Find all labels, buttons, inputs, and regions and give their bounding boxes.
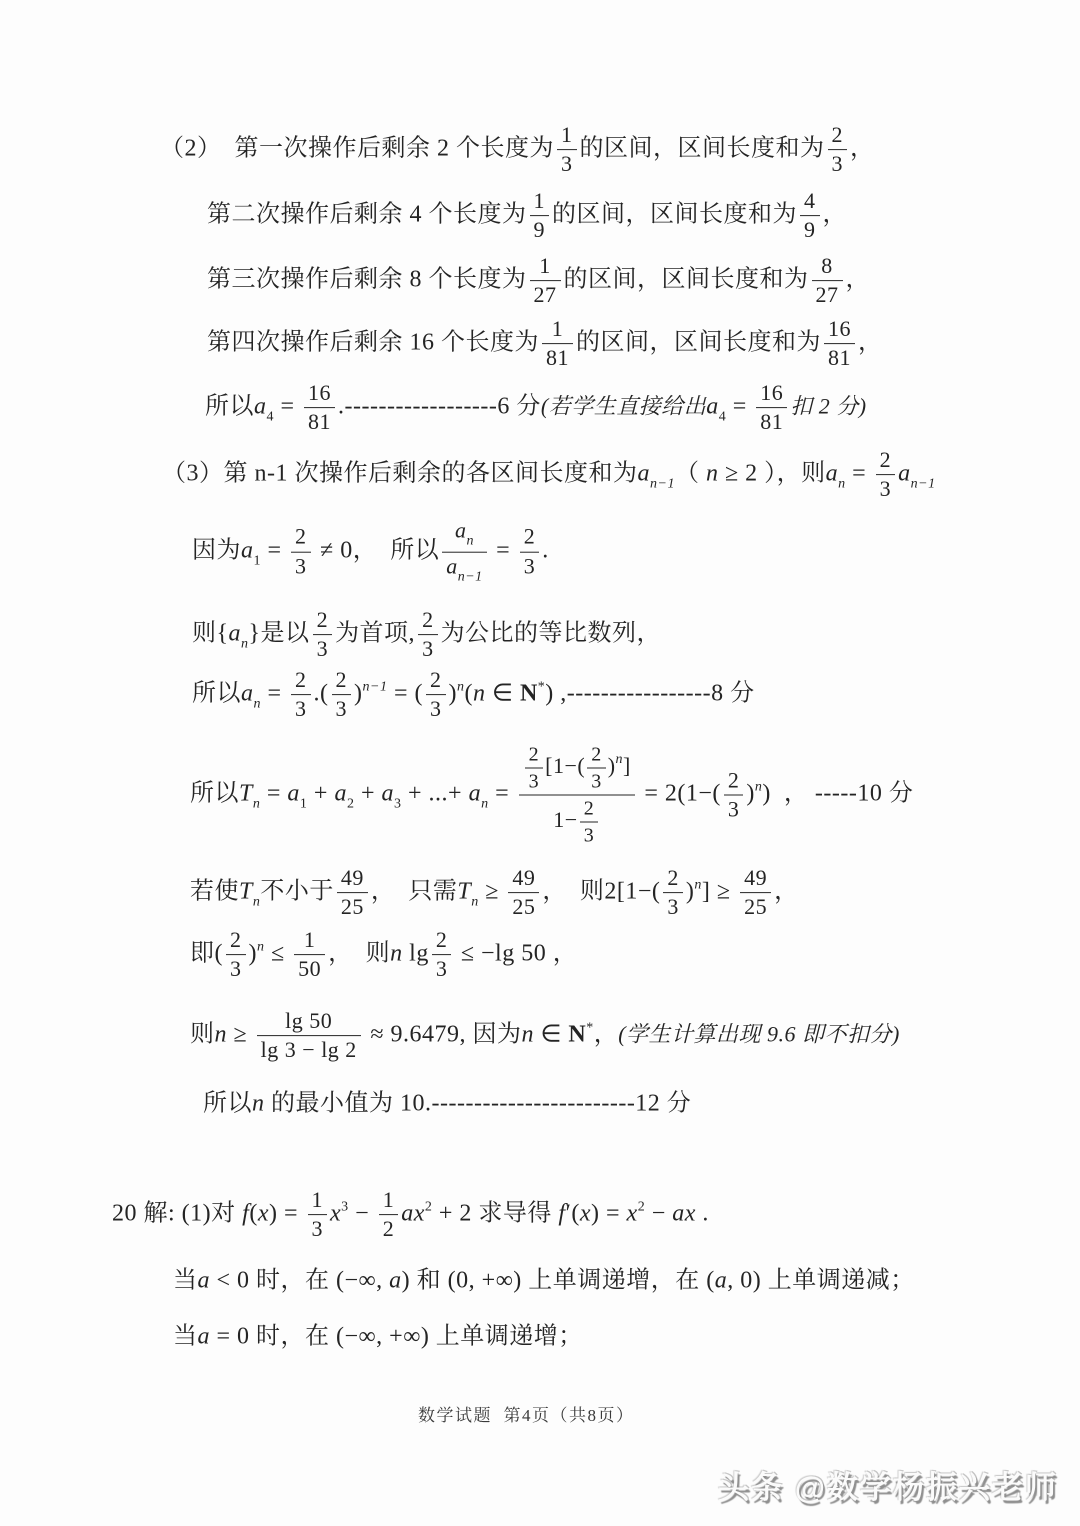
step2-operation4: 第四次操作后剩余 16 个长度为181的区间，区间长度和为1681， xyxy=(207,316,883,372)
fraction: 827 xyxy=(812,253,843,309)
denominator: 9 xyxy=(800,218,820,244)
text-run: 3 xyxy=(832,152,844,177)
fraction-bar xyxy=(812,281,843,282)
text-run: ≤ xyxy=(265,941,292,967)
fraction: 23 xyxy=(876,447,896,503)
text-run: 49 xyxy=(744,865,767,890)
denominator: 25 xyxy=(508,895,539,921)
text-run: < 0 时，在 (−∞, xyxy=(210,1268,389,1294)
step3-geometric-sequence: 则{an}是以23为首项,23为公比的等比数列， xyxy=(192,607,661,663)
text-run: 3 xyxy=(529,771,540,793)
numerator: 1 xyxy=(535,253,555,279)
fraction-bar xyxy=(519,795,635,796)
text-run: n xyxy=(838,477,846,492)
denominator: lg 3 − lg 2 xyxy=(257,1038,361,1064)
text-run: 3 xyxy=(561,152,573,177)
text-run: 3 xyxy=(430,697,442,722)
fraction-bar xyxy=(291,552,311,553)
math-symbol: n xyxy=(521,1022,534,1048)
text-run: 则{ xyxy=(192,621,229,647)
q20-derivative: 20 解: (1)对 f(x) = 13x3 − 12ax2 + 2 求导得 f… xyxy=(112,1187,709,1243)
text-run: ) xyxy=(746,781,755,807)
numerator: 1 xyxy=(530,188,550,214)
text-run: 的区间，区间长度和为 xyxy=(552,202,797,228)
text-run: 81 xyxy=(308,410,331,435)
numerator: 49 xyxy=(508,865,539,891)
fraction-bar xyxy=(740,893,771,894)
text-run: n−1 xyxy=(458,570,483,585)
text-run: [1−( xyxy=(545,753,585,778)
step2-operation1: （2） 第一次操作后剩余 2 个长度为13的区间，区间长度和为23， xyxy=(160,122,875,178)
text-run: 81 xyxy=(828,346,851,371)
text-run: = xyxy=(261,538,288,564)
text-run: + ...+ xyxy=(402,781,469,807)
denominator: 27 xyxy=(530,283,561,309)
text-run: 不小于 xyxy=(260,879,334,905)
text-run: 若使 xyxy=(190,879,239,905)
text-run: ) ,-----------------8 分 xyxy=(545,681,754,707)
fraction: 23 xyxy=(291,667,311,723)
text-run: 1 xyxy=(561,122,573,147)
math-symbol: a xyxy=(446,554,458,579)
fraction: 13 xyxy=(308,1187,328,1243)
text-run: = 2(1−( xyxy=(638,781,721,807)
fraction: 23 xyxy=(432,927,452,983)
math-symbol: a xyxy=(198,1324,211,1350)
text-run: ) ， -----10 分 xyxy=(762,781,913,807)
text-run: 2 xyxy=(430,667,442,692)
fraction-bar xyxy=(876,475,896,476)
text-run: 2 xyxy=(336,667,348,692)
text-run: n xyxy=(241,637,249,652)
text-run: 25 xyxy=(341,895,364,920)
numerator: 2 xyxy=(663,865,683,891)
text-run: = ( xyxy=(388,681,424,707)
fraction: anan−1 xyxy=(442,518,486,587)
fraction: 23 xyxy=(291,524,311,580)
text-run: = xyxy=(260,781,287,807)
text-run: 所以 xyxy=(192,681,241,707)
text-run: − xyxy=(349,1201,376,1227)
denominator: 50 xyxy=(294,957,325,983)
math-symbol: a xyxy=(198,1268,211,1294)
text-run: ， 则 xyxy=(328,941,390,967)
page-footer: 数学试题 第4页（共8页） xyxy=(418,1401,635,1426)
text-run: = xyxy=(846,461,873,487)
text-run: 1 xyxy=(534,188,546,213)
text-run: 3 xyxy=(230,957,242,982)
text-run: 27 xyxy=(534,283,557,308)
text-run: 因为 xyxy=(192,538,241,564)
text-run: ) = xyxy=(591,1201,627,1227)
text-run: = xyxy=(261,681,288,707)
math-symbol: a xyxy=(241,681,254,707)
text-run: 20 解: (1)对 xyxy=(112,1201,242,1227)
text-run: . xyxy=(542,538,549,564)
text-run: 2 xyxy=(383,1217,395,1242)
numerator: 16 xyxy=(756,380,787,406)
denominator: 81 xyxy=(824,346,855,372)
fraction-bar xyxy=(824,344,855,345)
text-run: ′( xyxy=(566,1201,580,1227)
fraction: 4925 xyxy=(740,865,771,921)
math-symbol: N xyxy=(520,681,538,707)
text-run: n xyxy=(694,878,702,893)
text-run: 4 xyxy=(267,410,275,425)
denominator: 3 xyxy=(313,637,333,663)
text-run: 3 xyxy=(312,1217,324,1242)
text-run: ， xyxy=(594,1022,619,1048)
fraction: 4925 xyxy=(337,865,368,921)
denominator: 81 xyxy=(756,410,787,436)
math-symbol: ax xyxy=(401,1201,425,1227)
text-run: 9 xyxy=(804,218,816,243)
fraction-bar xyxy=(520,552,540,553)
text-run: + xyxy=(307,781,334,807)
denominator: 3 xyxy=(580,824,599,848)
text-run: 49 xyxy=(512,865,535,890)
numerator: 49 xyxy=(337,865,368,891)
text-run: 3 xyxy=(591,771,602,793)
text-run: （3）第 n-1 次操作后剩余的各区间长度和为 xyxy=(162,461,638,487)
text-run: 2 xyxy=(422,607,434,632)
text-run: ] ≥ xyxy=(702,879,737,905)
math-symbol: n xyxy=(252,1091,265,1117)
text-run: 1 xyxy=(304,927,316,952)
text-run: = xyxy=(490,538,517,564)
denominator: 3 xyxy=(418,637,438,663)
fraction-bar xyxy=(432,955,452,956)
fraction: 1681 xyxy=(756,380,787,436)
text-run: 2 xyxy=(529,744,540,766)
text-run: 当 xyxy=(173,1324,198,1350)
denominator: 27 xyxy=(812,283,843,309)
fraction: 127 xyxy=(530,253,561,309)
text-run: 为公比的等比数列， xyxy=(441,621,662,647)
text-run: ， xyxy=(850,136,875,162)
text-run: 25 xyxy=(512,895,535,920)
text-run: n xyxy=(616,752,624,767)
text-run: ∈ xyxy=(534,1022,568,1048)
step3-general-term: 所以an = 23.(23)n−1 = (23)n(n ∈ N*) ,-----… xyxy=(192,667,755,723)
math-symbol: a xyxy=(241,538,254,564)
numerator: 2 xyxy=(432,927,452,953)
text-run: ) xyxy=(249,941,258,967)
step3-inequality: 若使Tn不小于4925， 只需Tn ≥ 4925， 则2[1−(23)n] ≥ … xyxy=(190,865,799,921)
text-run: 50 xyxy=(298,957,321,982)
numerator: 2 xyxy=(426,667,446,693)
text-run: 2 xyxy=(295,667,307,692)
fraction: 23 xyxy=(520,524,540,580)
denominator: 3 xyxy=(828,152,848,178)
math-symbol: T xyxy=(239,781,253,807)
text-run: 2 xyxy=(230,927,242,952)
numerator: 2 xyxy=(828,122,848,148)
text-run: n−1 xyxy=(650,477,675,492)
text-run: 第四次操作后剩余 16 个长度为 xyxy=(207,330,539,356)
step3-min-value: 所以n 的最小值为 10.------------------------12 … xyxy=(203,1083,691,1118)
q20-case-a-zero: 当a = 0 时，在 (−∞, +∞) 上单调递增； xyxy=(173,1316,583,1351)
denominator: 2 xyxy=(379,1217,399,1243)
text-run: 81 xyxy=(546,346,569,371)
denominator: 3 xyxy=(308,1217,328,1243)
numerator: 2 xyxy=(724,767,744,793)
denominator: 3 xyxy=(587,770,606,794)
math-symbol: a xyxy=(455,518,467,543)
denominator: 3 xyxy=(426,697,446,723)
fraction: 181 xyxy=(542,316,573,372)
text-run: 16 xyxy=(308,380,331,405)
text-run: 2 xyxy=(524,524,536,549)
math-symbol: n xyxy=(390,941,403,967)
text-run: 16 xyxy=(828,316,851,341)
step2-operation3: 第三次操作后剩余 8 个长度为127的区间，区间长度和为827， xyxy=(207,253,870,309)
text-run: ) 和 (0, +∞) 上单调递增，在 ( xyxy=(402,1268,715,1294)
text-run: ( xyxy=(249,1201,258,1227)
fraction: 23 xyxy=(724,767,744,823)
text-run: 扣 2 分) xyxy=(790,394,866,419)
fraction: 12 xyxy=(379,1187,399,1243)
math-symbol: x xyxy=(627,1201,638,1227)
fraction: 23 xyxy=(828,122,848,178)
denominator: 3 xyxy=(724,797,744,823)
fraction: 150 xyxy=(294,927,325,983)
numerator: 2 xyxy=(226,927,246,953)
text-run: （2） 第一次操作后剩余 2 个长度为 xyxy=(160,136,554,162)
text-run: 则 xyxy=(190,1022,215,1048)
fraction-bar xyxy=(530,281,561,282)
denominator: an−1 xyxy=(442,554,486,587)
text-run: n−1 xyxy=(911,477,936,492)
text-run: ≥ xyxy=(227,1022,254,1048)
fraction-bar xyxy=(587,768,606,769)
text-run: ) xyxy=(354,681,363,707)
fraction-bar xyxy=(724,795,744,796)
denominator: 25 xyxy=(337,895,368,921)
text-run: n xyxy=(481,797,489,812)
text-run: 2 xyxy=(728,767,740,792)
numerator: 1 xyxy=(300,927,320,953)
fraction-bar xyxy=(530,216,550,217)
denominator: 9 xyxy=(530,218,550,244)
fraction-bar xyxy=(525,768,544,769)
numerator: 23[1−(23)n] xyxy=(519,743,635,794)
fraction: 49 xyxy=(800,188,820,244)
text-run: 的最小值为 10.------------------------12 分 xyxy=(265,1091,692,1117)
text-run: ∈ xyxy=(486,681,520,707)
math-symbol: f xyxy=(558,1201,565,1227)
text-run: （ xyxy=(675,461,706,487)
text-run: 3 xyxy=(667,895,679,920)
text-run: ≥ xyxy=(479,879,506,905)
denominator: 1−23 xyxy=(549,797,604,848)
text-run: ( xyxy=(465,681,474,707)
text-run: 3 xyxy=(341,1200,349,1215)
math-symbol: a xyxy=(898,461,911,487)
denominator: 3 xyxy=(332,697,352,723)
fraction-bar xyxy=(663,893,683,894)
math-symbol: T xyxy=(239,879,253,905)
fraction-bar xyxy=(508,893,539,894)
fraction: 19 xyxy=(530,188,550,244)
text-run: 的区间，区间长度和为 xyxy=(576,330,821,356)
fraction-bar xyxy=(557,150,577,151)
text-run: ≥ 2 ），则 xyxy=(718,461,825,487)
text-run: 第三次操作后剩余 8 个长度为 xyxy=(207,267,527,293)
text-run: 2 xyxy=(832,122,844,147)
text-run: n−1 xyxy=(363,680,388,695)
denominator: 3 xyxy=(876,477,896,503)
numerator: 1 xyxy=(308,1187,328,1213)
text-run: = xyxy=(489,781,516,807)
text-run: 1 xyxy=(552,316,564,341)
text-run: 当 xyxy=(173,1268,198,1294)
numerator: 16 xyxy=(824,316,855,342)
numerator: 2 xyxy=(580,797,599,821)
denominator: 3 xyxy=(291,697,311,723)
numerator: 49 xyxy=(740,865,771,891)
text-run: lg 3 − lg 2 xyxy=(261,1038,357,1063)
watermark: 头条 @数学杨振兴老师 xyxy=(718,1462,1058,1507)
text-run: ， xyxy=(858,330,883,356)
fraction-bar xyxy=(756,408,787,409)
fraction: 23 xyxy=(426,667,446,723)
math-symbol: ax xyxy=(672,1201,696,1227)
fraction-bar xyxy=(442,552,486,553)
denominator: 3 xyxy=(432,957,452,983)
math-symbol: a xyxy=(469,781,482,807)
text-run: + xyxy=(354,781,381,807)
text-run: .------------------6 分 xyxy=(338,394,541,420)
text-run: 1 xyxy=(312,1187,324,1212)
text-run: 3 xyxy=(394,797,402,812)
text-run: 2 xyxy=(584,798,595,820)
text-run: = xyxy=(726,394,753,420)
numerator: 2 xyxy=(291,667,311,693)
text-run: 2 xyxy=(880,447,892,472)
text-run: 所以 xyxy=(203,1091,252,1117)
text-run: 3 xyxy=(336,697,348,722)
numerator: 2 xyxy=(876,447,896,473)
text-run: 1 xyxy=(539,253,551,278)
fraction: 23 xyxy=(663,865,683,921)
numerator: lg 50 xyxy=(281,1008,336,1034)
text-run: = xyxy=(274,394,301,420)
math-symbol: a xyxy=(287,781,300,807)
text-run: 81 xyxy=(760,410,783,435)
fraction-bar xyxy=(313,635,333,636)
math-symbol: x xyxy=(258,1201,269,1227)
text-run: 所以 xyxy=(205,394,254,420)
math-symbol: a xyxy=(389,1268,402,1294)
fraction-bar xyxy=(379,1215,399,1216)
step3-sum-formula: 所以Tn = a1 + a2 + a3 + ...+ an = 23[1−(23… xyxy=(190,743,913,848)
denominator: 3 xyxy=(291,554,311,580)
q20-case-a-negative: 当a < 0 时，在 (−∞, a) 和 (0, +∞) 上单调递增，在 (a,… xyxy=(173,1260,915,1295)
text-run: ， xyxy=(823,202,848,228)
numerator: 8 xyxy=(817,253,837,279)
text-run: n xyxy=(471,895,479,910)
text-run: 2 xyxy=(295,524,307,549)
text-run: (学生计算出现 9.6 即不扣分) xyxy=(618,1022,900,1047)
fraction-bar xyxy=(580,822,599,823)
text-run: 为首项, xyxy=(335,621,415,647)
step2-conclusion: 所以a4 = 1681.------------------6 分(若学生直接给… xyxy=(205,380,867,436)
math-symbol: x xyxy=(330,1201,341,1227)
text-run: 第二次操作后剩余 4 个长度为 xyxy=(207,202,527,228)
step3-log-inequality: 即(23)n ≤ 150， 则n lg23 ≤ −lg 50 ， xyxy=(190,927,577,983)
text-run: ≤ −lg 50 ， xyxy=(454,941,577,967)
text-run: n xyxy=(254,697,262,712)
text-run: n xyxy=(466,534,474,549)
text-run: 3 xyxy=(728,797,740,822)
numerator: 2 xyxy=(332,667,352,693)
text-run: 3 xyxy=(436,957,448,982)
math-symbol: a xyxy=(826,461,839,487)
math-symbol: a xyxy=(229,621,242,647)
text-run: 3 xyxy=(422,637,434,662)
math-symbol: n xyxy=(215,1022,228,1048)
math-symbol: a xyxy=(334,781,347,807)
text-run: 27 xyxy=(816,283,839,308)
numerator: an xyxy=(451,518,478,551)
text-run: ) xyxy=(449,681,458,707)
math-symbol: x xyxy=(580,1201,591,1227)
math-symbol: a xyxy=(715,1268,728,1294)
fraction-bar xyxy=(308,1215,328,1216)
denominator: 81 xyxy=(542,346,573,372)
text-run: 的区间，区间长度和为 xyxy=(580,136,825,162)
text-run: (若学生直接给出 xyxy=(541,394,706,419)
fraction: 23 xyxy=(332,667,352,723)
numerator: 4 xyxy=(800,188,820,214)
text-run: ) xyxy=(608,753,616,778)
text-run: }是以 xyxy=(249,621,310,647)
fraction: 1681 xyxy=(304,380,335,436)
text-run: 2 xyxy=(436,927,448,952)
step3-intro: （3）第 n-1 次操作后剩余的各区间长度和为an−1（ n ≥ 2 ），则an… xyxy=(162,447,936,503)
text-run: 所以 xyxy=(190,781,239,807)
fraction: 1681 xyxy=(824,316,855,372)
fraction: 23 xyxy=(525,743,544,794)
math-symbol: a xyxy=(638,461,651,487)
fraction: 13 xyxy=(557,122,577,178)
text-run: , 0) 上单调递减； xyxy=(727,1268,915,1294)
fraction: 23[1−(23)n]1−23 xyxy=(519,743,635,848)
text-run: 8 xyxy=(821,253,833,278)
text-run: 3 xyxy=(524,554,536,579)
fraction: 23 xyxy=(580,797,599,848)
fraction-bar xyxy=(337,893,368,894)
fraction-bar xyxy=(226,955,246,956)
fraction-bar xyxy=(828,150,848,151)
numerator: 2 xyxy=(313,607,333,633)
fraction-bar xyxy=(291,695,311,696)
numerator: 16 xyxy=(304,380,335,406)
text-run: 3 xyxy=(295,697,307,722)
text-run: lg 50 xyxy=(285,1008,332,1033)
fraction-bar xyxy=(294,955,325,956)
numerator: 2 xyxy=(525,743,544,767)
fraction: 4925 xyxy=(508,865,539,921)
numerator: 1 xyxy=(548,316,568,342)
math-symbol: T xyxy=(457,879,471,905)
fraction-bar xyxy=(418,635,438,636)
text-run: 25 xyxy=(744,895,767,920)
text-run: .( xyxy=(314,681,329,707)
denominator: 3 xyxy=(520,554,540,580)
fraction-bar xyxy=(304,408,335,409)
